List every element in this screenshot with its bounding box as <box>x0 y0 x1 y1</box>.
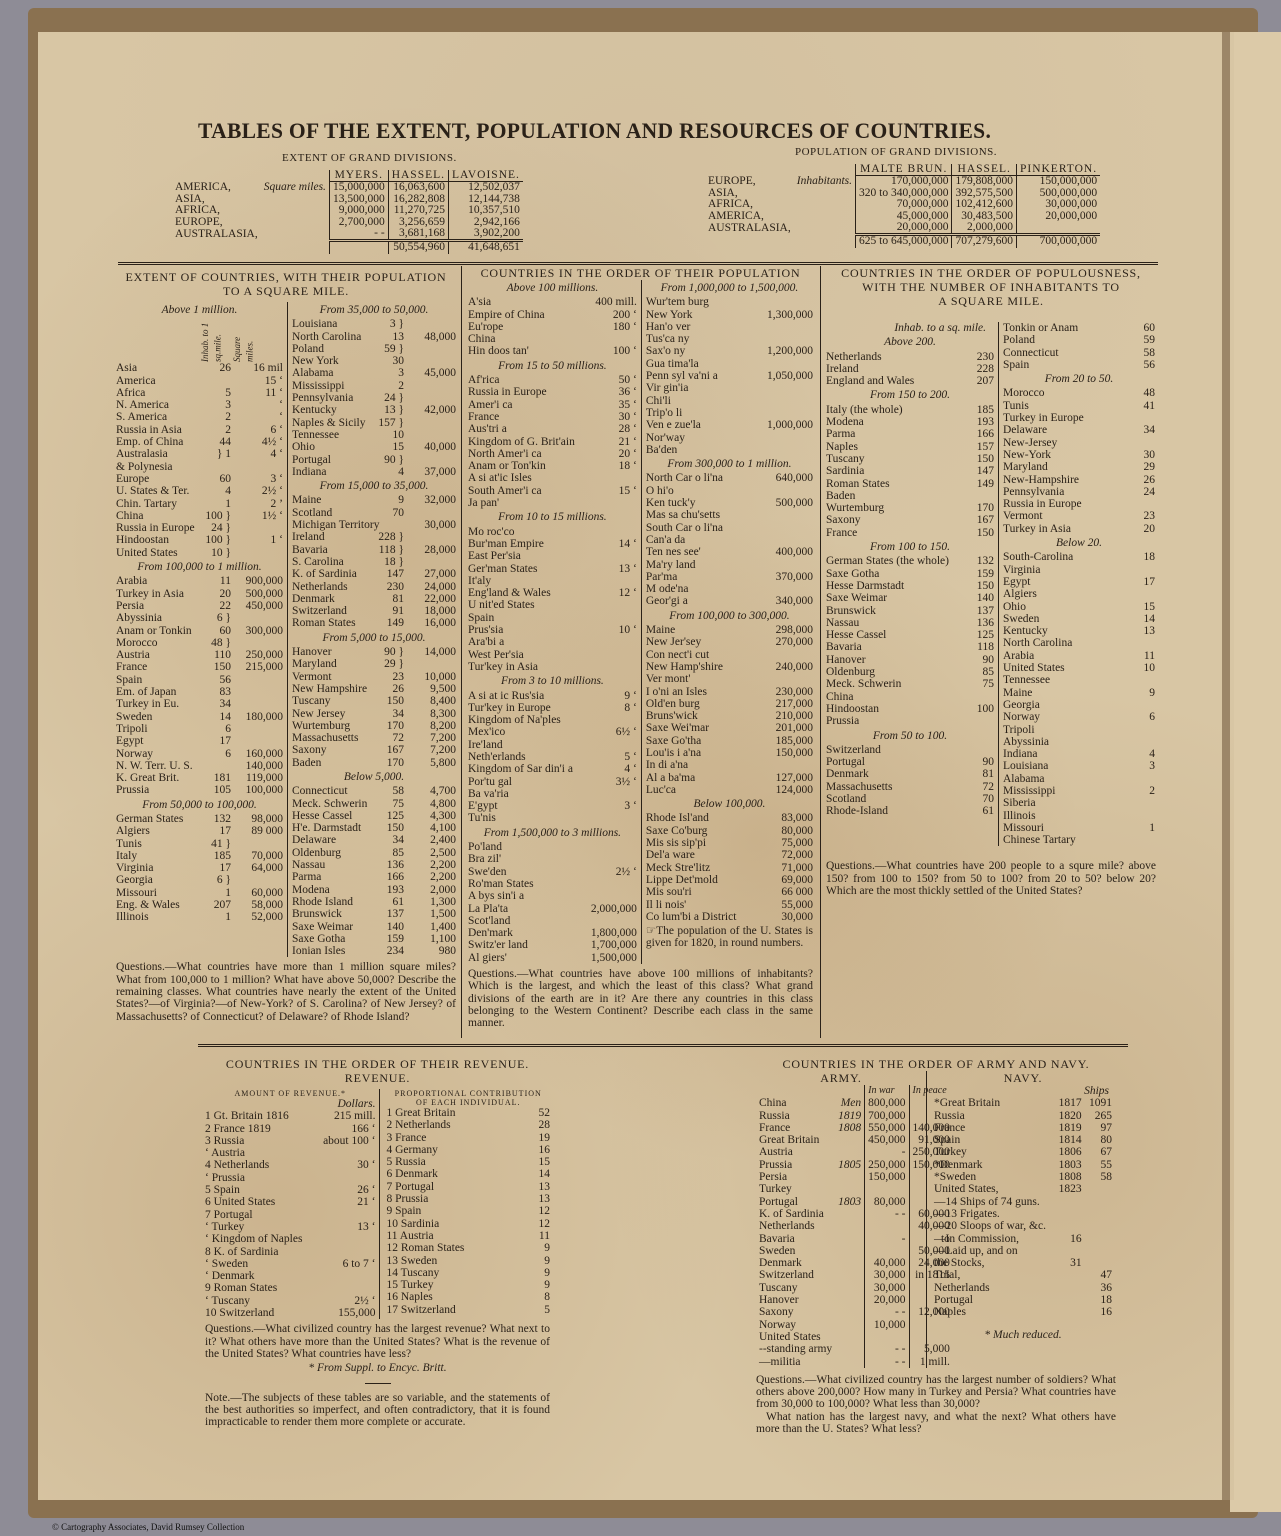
country-name: South Car o li'na <box>646 522 751 534</box>
navy-entry: *Sweden <box>931 1171 1054 1183</box>
density-value: 105 <box>199 784 231 796</box>
country-name: Prussia <box>756 1159 835 1171</box>
country-name: Nor'way <box>646 432 751 444</box>
country-name: Den'mark <box>468 927 575 939</box>
troop-count: 150,000 <box>865 1171 909 1183</box>
unit-label <box>261 228 330 241</box>
year: 1806 <box>1054 1146 1084 1158</box>
list-item: New Hampshire269,500 <box>292 683 456 695</box>
navy-entry: —Laid up, and on <box>931 1245 1054 1257</box>
revenue-amount-column: AMOUNT OF REVENUE.* Dollars. 1 Gt. Brita… <box>205 1089 379 1319</box>
table-row: —13 Frigates. <box>931 1208 1115 1220</box>
value: 4 <box>1125 748 1155 760</box>
value: 28 <box>526 1119 550 1131</box>
density-value: 5 <box>199 387 231 399</box>
density-value: 6 } <box>199 874 231 886</box>
density-value <box>379 519 408 531</box>
ship-count: 18 <box>1085 1294 1115 1306</box>
cell-value: 30,000,000 <box>1016 199 1100 210</box>
list-item: Portugal90 } <box>292 454 456 466</box>
list-item: E'gypt3 ‘ <box>468 800 637 812</box>
cell-value: - - <box>329 228 388 241</box>
list-item: Af'rica50 ‘ <box>468 374 637 386</box>
country-name: Ven e zue'la <box>646 419 751 431</box>
list-item: 6 Denmark14 <box>386 1168 550 1180</box>
list-item: Mis sou'ri66 000 <box>646 886 813 898</box>
value: 125 <box>958 629 994 641</box>
army-column-header: In war <box>865 1085 909 1097</box>
ship-count: 36 <box>1085 1282 1115 1294</box>
value: 147 <box>958 465 994 477</box>
list-item: Illinois152,000 <box>116 911 283 923</box>
value: 230 <box>958 351 994 363</box>
density-value: 118 } <box>372 544 404 556</box>
navy-entry: France <box>931 1122 1054 1134</box>
table-row: --standing army- -5,000 <box>756 1343 953 1355</box>
density-value: 14 <box>199 711 231 723</box>
list-item: Ireland228 <box>826 363 994 375</box>
value <box>958 715 994 727</box>
density-value: 149 <box>372 617 404 629</box>
spacer <box>705 235 794 248</box>
value: 14 <box>526 1168 550 1180</box>
value <box>1125 674 1155 686</box>
value: 72 <box>958 781 994 793</box>
table-row: —14 Ships of 74 guns. <box>931 1196 1115 1208</box>
density-value: 228 } <box>372 531 404 543</box>
country-name: 6 Denmark <box>386 1168 526 1180</box>
country-name: 5 Russia <box>386 1156 526 1168</box>
list-item: Russia in Europe <box>1003 498 1155 510</box>
unit-label <box>794 199 856 210</box>
country-name: Egypt <box>116 735 199 747</box>
list-item: Norway6 <box>1003 711 1155 723</box>
country-name: Tripoli <box>116 723 199 735</box>
year <box>835 1183 865 1195</box>
list-item: Naples157 <box>826 441 994 453</box>
country-name: France <box>826 527 958 539</box>
list-item: In di a'na <box>646 759 813 771</box>
country-name: Tu'nis <box>468 812 575 824</box>
list-item: Por'tu gal3½ ‘ <box>468 776 637 788</box>
table-row: Hanover20,000 <box>756 1294 953 1306</box>
country-name: ‘ Denmark <box>205 1270 309 1282</box>
list-item: Maine9 <box>1003 687 1155 699</box>
value: 30 <box>1125 449 1155 461</box>
list-item: Kentucky13 }42,000 <box>292 404 456 416</box>
area-value: 3 ‘ <box>231 473 283 485</box>
country-name: Australasia <box>116 448 199 460</box>
list-item: Turkey in Eu.34 <box>116 698 283 710</box>
country-name: 1 Great Britain <box>386 1107 526 1119</box>
density-value: 17 <box>199 825 231 837</box>
army-questions: Questions.—What civilized country has th… <box>756 1374 1116 1411</box>
class-subheading: Below 5,000. <box>292 771 456 783</box>
value: 500,000 <box>751 497 813 509</box>
country-name: Saxe Co'burg <box>646 825 751 837</box>
list-item: Turkey in Europe <box>1003 412 1155 424</box>
list-item: Kentucky13 <box>1003 625 1155 637</box>
area-value: 27,000 <box>404 568 456 580</box>
table-row: Prussia1805250,000150,000 <box>756 1159 953 1171</box>
value <box>751 509 813 521</box>
list-item: Norway6160,000 <box>116 748 283 760</box>
troop-count: - <box>865 1233 909 1245</box>
list-item: Vir gin'ia <box>646 382 813 394</box>
list-item: Tur'key in Asia <box>468 661 637 673</box>
list-item: Tus'ca ny <box>646 333 813 345</box>
total-value: 707,279,600 <box>952 235 1017 248</box>
country-name: 17 Switzerland <box>386 1304 526 1316</box>
area-value: 2,200 <box>404 859 456 871</box>
value <box>1125 412 1155 424</box>
area-value: 4,800 <box>404 798 456 810</box>
value: 50 ‘ <box>575 374 637 386</box>
country-name: ‘ Sweden <box>205 1258 309 1270</box>
table-row: France181997 <box>931 1122 1115 1134</box>
country-name: Baden <box>292 757 372 769</box>
table-row: —militia- -1 mill. <box>756 1356 953 1368</box>
list-item: Delaware34 <box>1003 424 1155 436</box>
country-name: Kentucky <box>1003 625 1125 637</box>
list-item: Ohio15 <box>1003 601 1155 613</box>
value: 1,050,000 <box>751 370 813 382</box>
year <box>1054 1282 1084 1294</box>
list-item: H'e. Darmstadt1504,100 <box>292 822 456 834</box>
year <box>835 1269 865 1281</box>
country-name: Rhode-Island <box>826 805 958 817</box>
list-item: Wurtemburg1708,200 <box>292 720 456 732</box>
country-name: Turkey in Asia <box>116 588 199 600</box>
list-item: 3 Russiaabout 100 ‘ <box>205 1135 375 1147</box>
army-column: ARMY. In warIn peaceChinaMen800,000Russi… <box>756 1071 926 1368</box>
value: 132 <box>958 555 994 567</box>
country-name: Ohio <box>292 441 372 453</box>
list-item: N. America3‘ <box>116 399 283 411</box>
country-name: Poland <box>1003 334 1125 346</box>
country-name: Asia <box>116 362 199 374</box>
spacer <box>794 164 856 176</box>
country-name: Illinois <box>1003 810 1125 822</box>
area-value: 2½ ‘ <box>231 485 283 497</box>
year <box>835 1233 865 1245</box>
list-item: Saxe Weimar1401,400 <box>292 921 456 933</box>
country-name: Russia in Asia <box>116 424 199 436</box>
value: 127,000 <box>751 772 813 784</box>
ship-count: 80 <box>1085 1134 1115 1146</box>
table-row: Netherlands36 <box>931 1282 1115 1294</box>
value <box>751 407 813 419</box>
list-item: Alabama <box>1003 773 1155 785</box>
country-name: Can'a da <box>646 534 751 546</box>
area-value <box>404 318 456 330</box>
country-name: 9 Spain <box>386 1205 526 1217</box>
list-item: Ja pan' <box>468 497 637 509</box>
list-item: Saxe Gotha159 <box>826 568 994 580</box>
country-name: Vir gin'ia <box>646 382 751 394</box>
country-name: Missouri <box>116 887 199 899</box>
troop-count: - - <box>865 1356 909 1368</box>
value: 3½ ‘ <box>575 776 637 788</box>
value: 9 <box>526 1255 550 1267</box>
area-value: 4,700 <box>404 785 456 797</box>
list-item: Russia in Asia26 ‘ <box>116 424 283 436</box>
country-name: A si at'ic Isles <box>468 472 575 484</box>
list-item: 16 Naples8 <box>386 1291 550 1303</box>
list-item: England and Wales207 <box>826 375 994 387</box>
value <box>575 636 637 648</box>
country-name: Bruns'wick <box>646 710 751 722</box>
country-name: 14 Tuscany <box>386 1267 526 1279</box>
list-item: Chinese Tartary <box>1003 834 1155 846</box>
navy-entry: United States, <box>931 1183 1054 1195</box>
list-item: Europe603 ‘ <box>116 473 283 485</box>
country-name: Empire of China <box>468 309 575 321</box>
value <box>751 534 813 546</box>
navy-entry: *Great Britain <box>931 1097 1054 1109</box>
country-name: German States <box>116 813 199 825</box>
country-name: K. of Sardinia <box>292 568 372 580</box>
list-item: Eu'rope180 ‘ <box>468 321 637 333</box>
country-name: Saxe Weimar <box>826 592 958 604</box>
year <box>835 1146 865 1158</box>
list-item: 2 Netherlands28 <box>386 1119 550 1131</box>
list-item: 8 K. of Sardinia <box>205 1246 375 1258</box>
value <box>751 333 813 345</box>
troop-count: 700,000 <box>865 1110 909 1122</box>
list-item: Algiers1789 000 <box>116 825 283 837</box>
country-name: Chin. Tartary <box>116 498 199 510</box>
value: 6½ ‘ <box>575 726 637 738</box>
country-name: New Jersey <box>292 708 372 720</box>
country-name: Denmark <box>756 1257 835 1269</box>
list-item: & Polynesia <box>116 461 283 473</box>
list-item: Rhode Isl'and83,000 <box>646 812 813 824</box>
country-name: Meck. Schwerin <box>826 678 958 690</box>
table-row: AUSTRALASIA,20,000,0002,000,000 <box>705 222 1100 235</box>
density-value: 6 } <box>199 612 231 624</box>
density-value: 100 } <box>199 534 231 546</box>
country-name: 1 Gt. Britain 1816 <box>205 1110 309 1122</box>
country-name: A'sia <box>468 296 575 308</box>
value: 36 ‘ <box>575 386 637 398</box>
cell-value: 9,000,000 <box>329 205 388 216</box>
value <box>1125 437 1155 449</box>
list-item: Brunswick1371,500 <box>292 908 456 920</box>
list-item: Del'a ware72,000 <box>646 849 813 861</box>
area-value: 1 ‘ <box>231 534 283 546</box>
table-row: *Sweden180858 <box>931 1171 1115 1183</box>
table-row: Russia1819700,000 <box>756 1110 953 1122</box>
area-value: 45,000 <box>404 367 456 379</box>
country-name: Bur'man Empire <box>468 538 575 550</box>
area-value <box>231 522 283 534</box>
list-item: ‘ Turkey13 ‘ <box>205 1221 375 1233</box>
list-item: Mis sis sip'pi75,000 <box>646 837 813 849</box>
list-item: North Carolina1348,000 <box>292 331 456 343</box>
table-row: Bavaria-to <box>756 1233 953 1245</box>
value: 150,000 <box>751 747 813 759</box>
list-item: France150215,000 <box>116 661 283 673</box>
list-item: 14 Tuscany9 <box>386 1267 550 1279</box>
area-value: 5,800 <box>404 757 456 769</box>
troop-count: - - <box>865 1306 909 1318</box>
country-name: La Pla'ta <box>468 903 575 915</box>
value: 167 <box>958 514 994 526</box>
list-item: Scotland70 <box>292 507 456 519</box>
area-value <box>404 355 456 367</box>
area-value: 180,000 <box>231 711 283 723</box>
class-subheading: From 20 to 50. <box>1003 373 1155 385</box>
area-value <box>404 380 456 392</box>
density-value: 6 <box>199 723 231 735</box>
country-name: German States (the whole) <box>826 555 958 567</box>
cell-value: 20,000,000 <box>1016 211 1100 222</box>
country-name: Switz'er land <box>468 939 575 951</box>
value: 14 ‘ <box>575 538 637 550</box>
list-item: Siberia <box>1003 797 1155 809</box>
value: 83,000 <box>751 812 813 824</box>
list-item: Il li nois'55,000 <box>646 899 813 911</box>
density-value: 2 <box>199 424 231 436</box>
navy-entry: Netherlands <box>931 1282 1054 1294</box>
year: 1814 <box>1054 1134 1084 1146</box>
list-item: Trip'o li <box>646 407 813 419</box>
country-name: Sweden <box>1003 613 1125 625</box>
density-value: 20 <box>199 588 231 600</box>
year <box>835 1331 865 1343</box>
area-value <box>231 547 283 559</box>
list-item: Ver mont' <box>646 673 813 685</box>
density-value: 170 <box>372 757 404 769</box>
list-item: Tripoli <box>1003 724 1155 736</box>
country-name: Maine <box>292 494 372 506</box>
value: 640,000 <box>751 472 813 484</box>
value: 1,800,000 <box>575 927 637 939</box>
density-value: 147 <box>372 568 404 580</box>
value <box>575 649 637 661</box>
extent-questions: Questions.—What countries have more than… <box>116 961 456 1022</box>
country-name: Aus'tri a <box>468 423 575 435</box>
value: 124,000 <box>751 784 813 796</box>
table-row: Austria-250,000 <box>756 1146 953 1158</box>
list-item: ‘ Prussia <box>205 1172 375 1184</box>
list-item: Spain56 <box>116 674 283 686</box>
list-item: Ken tuck'y500,000 <box>646 497 813 509</box>
list-item: Bavaria118 <box>826 641 994 653</box>
value <box>1125 736 1155 748</box>
area-value <box>404 556 456 568</box>
spacer <box>835 1085 865 1097</box>
area-value <box>404 343 456 355</box>
area-value <box>231 838 283 850</box>
table-row: AFRICA,9,000,00011,270,72510,357,510 <box>172 205 523 216</box>
country-name: Prussia <box>826 715 958 727</box>
list-item: I o'ni an Isles230,000 <box>646 686 813 698</box>
list-item: Abyssinia <box>1003 736 1155 748</box>
list-item: Bur'man Empire14 ‘ <box>468 538 637 550</box>
list-item: Anam or Tonkin60300,000 <box>116 625 283 637</box>
list-item: Morocco48 } <box>116 637 283 649</box>
country-name: It'aly <box>468 575 575 587</box>
unit-label <box>794 188 856 199</box>
year: Men <box>835 1097 865 1109</box>
country-name: Ara'bi a <box>468 636 575 648</box>
density-value: 125 <box>372 810 404 822</box>
value: 75 <box>958 678 994 690</box>
country-name: Bavaria <box>756 1233 835 1245</box>
country-name: Del'a ware <box>646 849 751 861</box>
list-item: Michigan Territory30,000 <box>292 519 456 531</box>
value <box>751 296 813 308</box>
value: 140 <box>958 592 994 604</box>
class-subheading: From 35,000 to 50,000. <box>292 304 456 316</box>
country-name: Tunis <box>116 838 199 850</box>
country-name: Brunswick <box>826 605 958 617</box>
country-name: Bavaria <box>292 544 372 556</box>
area-value: 11 ‘ <box>231 387 283 399</box>
density-value: 24 } <box>372 392 404 404</box>
list-item: A si at'ic Isles <box>468 472 637 484</box>
ship-count <box>1085 1233 1115 1245</box>
value: 81 <box>958 768 994 780</box>
list-item: Africa511 ‘ <box>116 387 283 399</box>
list-item: Han'o ver <box>646 321 813 333</box>
country-name: Hanover <box>756 1294 835 1306</box>
list-item: South-Carolina18 <box>1003 551 1155 563</box>
country-name: Abyssinia <box>1003 736 1125 748</box>
year: 1820 <box>1054 1110 1084 1122</box>
value: 10 ‘ <box>575 624 637 636</box>
country-name: Arabia <box>116 575 199 587</box>
value: 340,000 <box>751 595 813 607</box>
revenue-footnote: * From Suppl. to Encyc. Britt. <box>205 1362 550 1374</box>
navy-questions: What nation has the largest navy, and wh… <box>756 1411 1116 1436</box>
country-name: Virginia <box>116 862 199 874</box>
density-value: 83 <box>199 686 231 698</box>
list-item: U. States & Ter.42½ ‘ <box>116 485 283 497</box>
navy-entry: —20 Sloops of war, &c. <box>931 1220 1054 1232</box>
area-value: 100,000 <box>231 784 283 796</box>
value: 370,000 <box>751 571 813 583</box>
country-name: Abyssinia <box>116 612 199 624</box>
list-item: Virginia <box>1003 564 1155 576</box>
country-name: Austria <box>116 649 199 661</box>
table-row: Sweden50,000 <box>756 1245 953 1257</box>
value <box>575 333 637 345</box>
value <box>575 599 637 611</box>
list-item: Aus'tri a28 ‘ <box>468 423 637 435</box>
density-value: 234 <box>372 945 404 957</box>
ship-count: 67 <box>1085 1146 1115 1158</box>
country-name: Ja pan' <box>468 497 575 509</box>
country-name: Tuscany <box>826 453 958 465</box>
value: 100 <box>958 703 994 715</box>
country-name: Netherlands <box>756 1220 835 1232</box>
country-name: United States <box>116 547 199 559</box>
list-item: Egypt17 <box>1003 576 1155 588</box>
list-item: Par'ma370,000 <box>646 571 813 583</box>
area-value <box>404 454 456 466</box>
density-value: 9 <box>372 494 404 506</box>
list-item: Maine298,000 <box>646 624 813 636</box>
navy-entry: —In Commission, <box>931 1233 1054 1245</box>
country-name: Norway <box>116 748 199 760</box>
country-name: Mis sis sip'pi <box>646 837 751 849</box>
revenue-questions: Questions.—What civilized country has th… <box>205 1323 550 1360</box>
list-item: Empire of China200 ‘ <box>468 309 637 321</box>
list-item: Russia in Europe36 ‘ <box>468 386 637 398</box>
